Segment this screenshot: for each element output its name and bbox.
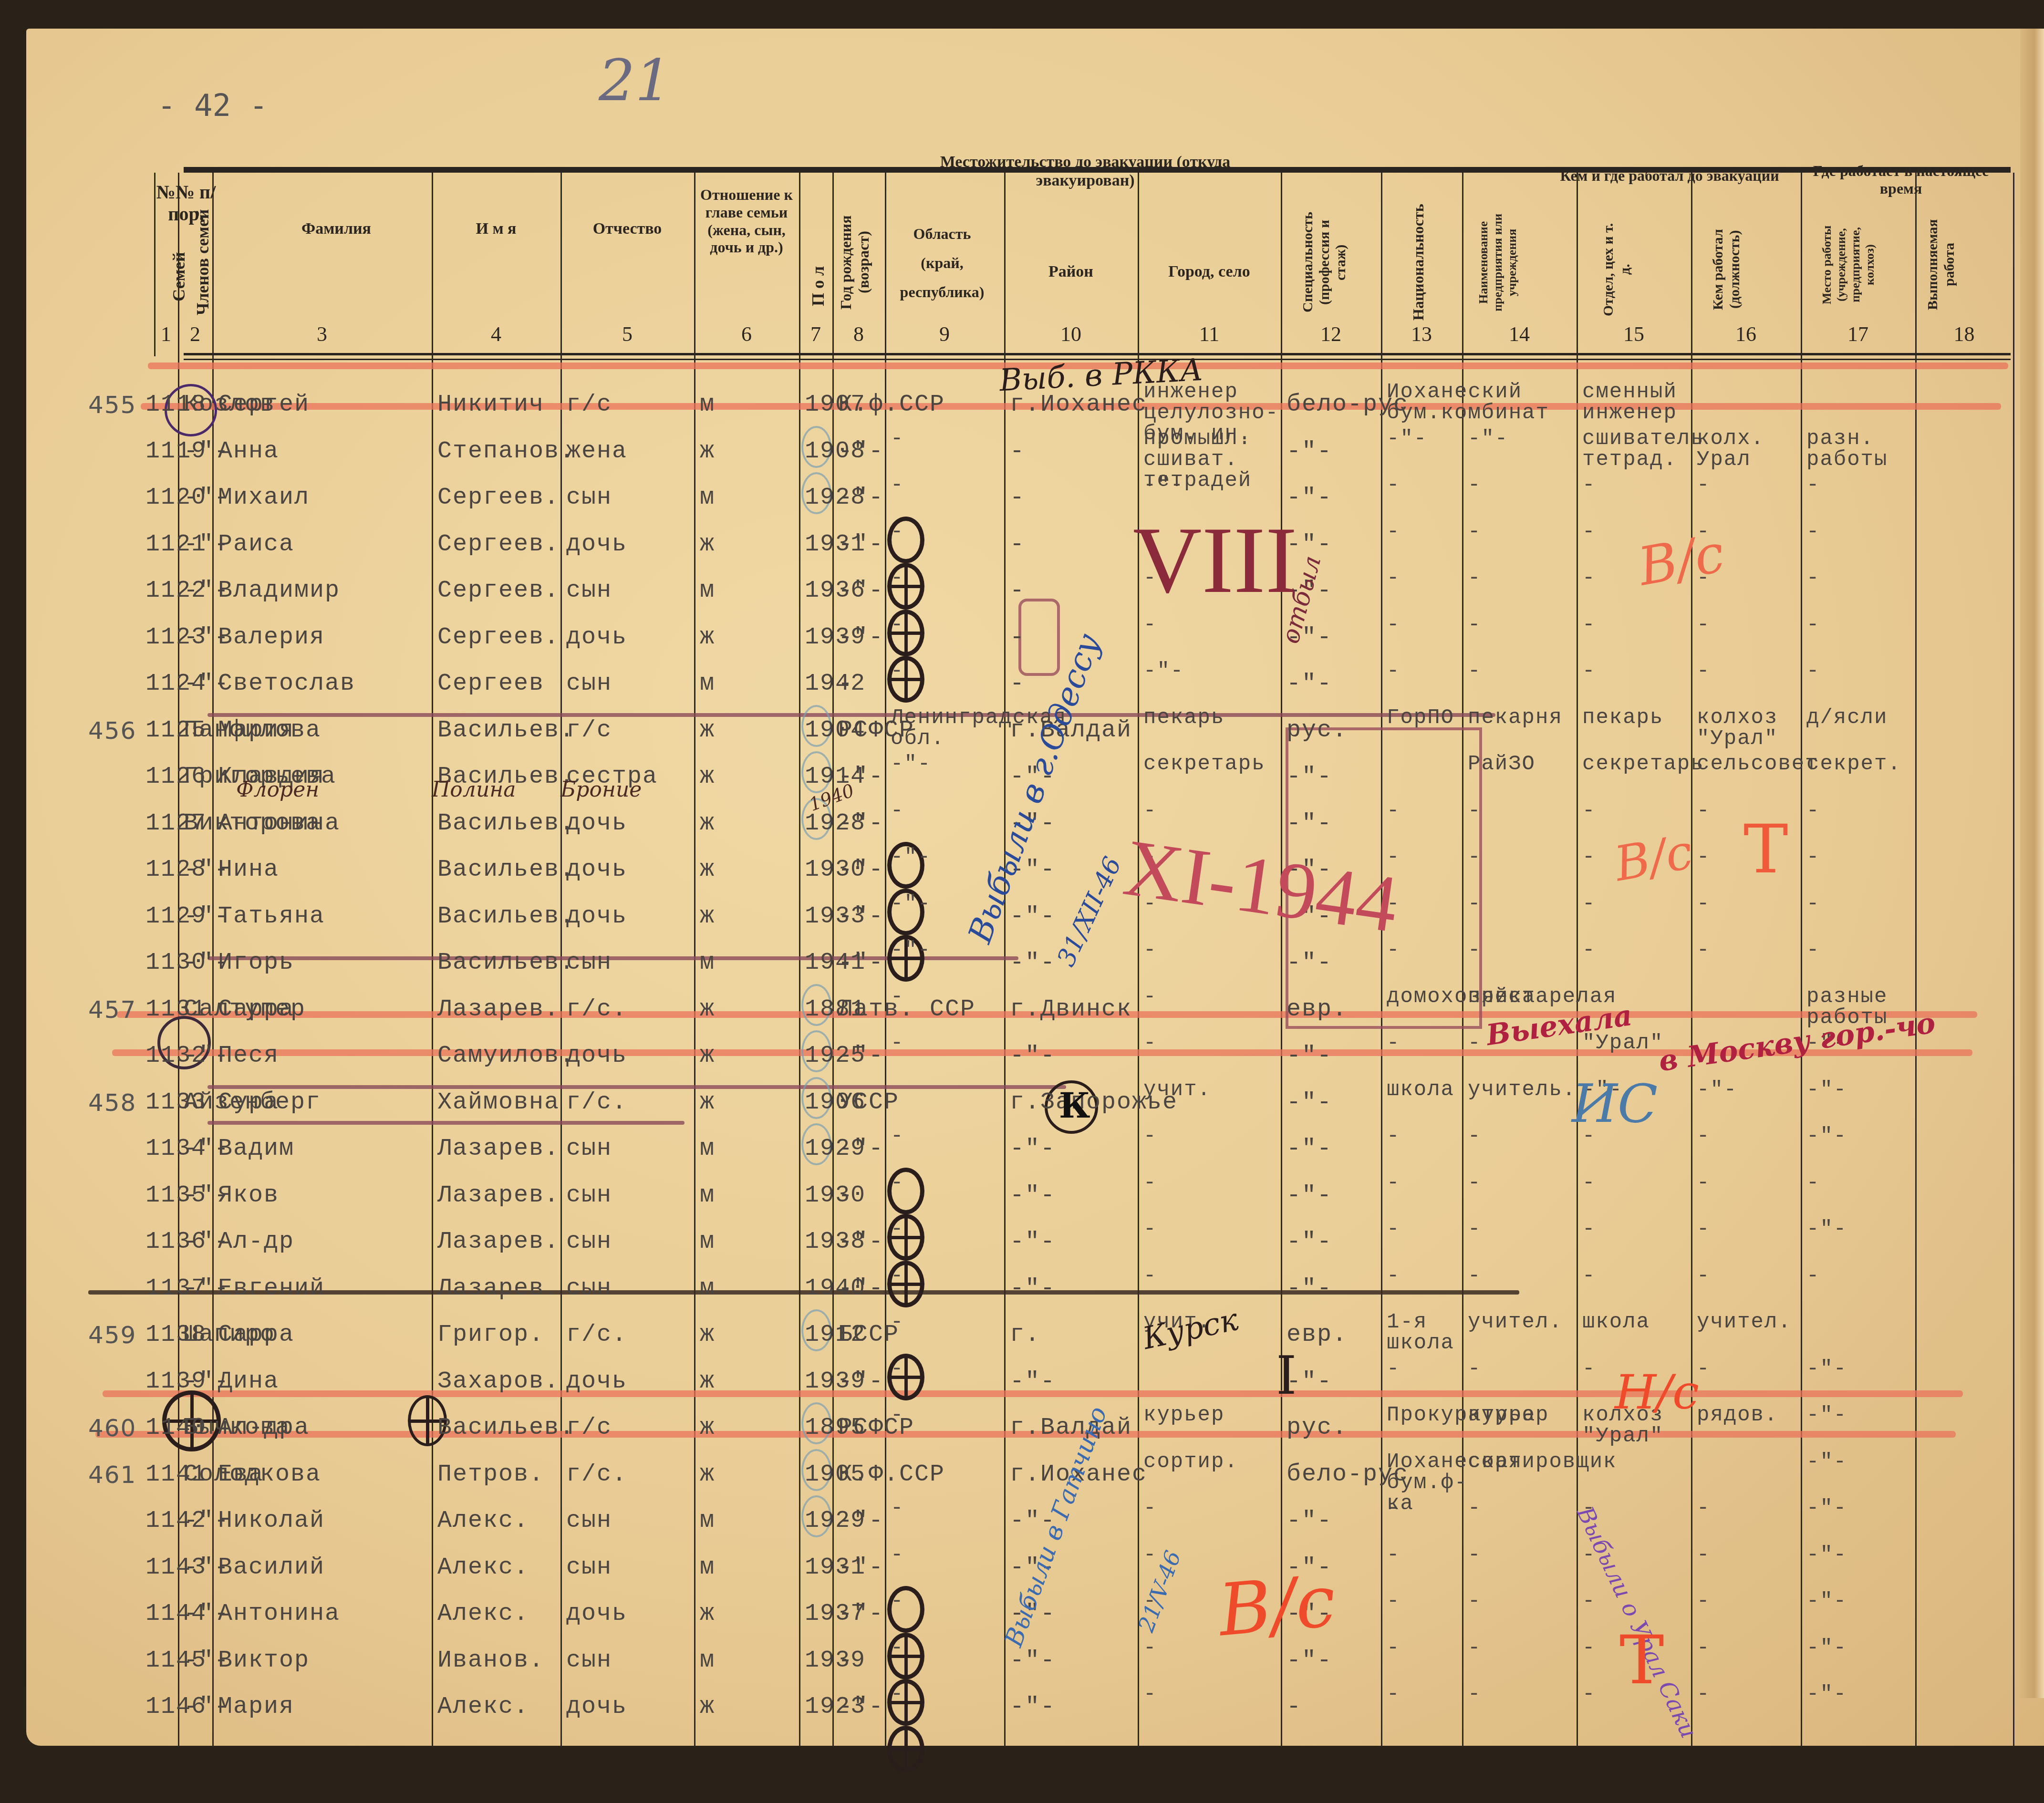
cell-department: РайЗО <box>1468 754 1585 775</box>
column-number: 5 <box>560 322 694 346</box>
cell-city: - <box>1010 484 1025 511</box>
cell-nationality: -"- <box>1287 670 1332 697</box>
cell-name: Ева <box>218 1461 264 1488</box>
cell-name: Михаил <box>218 484 310 511</box>
cell-family: 455 <box>88 391 136 419</box>
cell-patronymic: Сергеев. <box>437 577 560 604</box>
cell-patronymic: Васильев. <box>437 903 575 930</box>
cell-work: разн. работы <box>1806 428 1924 470</box>
cell-sex: ж <box>700 1368 715 1395</box>
cell-department: - <box>1468 893 1585 914</box>
cell-family: 460 <box>88 1414 136 1442</box>
cell-patronymic: Сергеев. <box>437 531 560 558</box>
header-birth-year: Год рождения (возраст) <box>837 200 871 324</box>
cell-nationality: евр. <box>1287 1321 1348 1348</box>
table-row: 4601140БычковаАл-драВасильев.г/сж1895РСФ… <box>26 1414 2044 1457</box>
cell-position: - <box>1582 1172 1700 1193</box>
cell-relation: дочь <box>566 1600 627 1627</box>
cell-patronymic: Васильев. <box>437 810 575 837</box>
cell-relation: дочь <box>566 531 627 558</box>
cell-work: -"- <box>1806 1637 1924 1658</box>
annotation-name-1126: Полина <box>432 777 516 802</box>
cell-department: - <box>1468 1498 1585 1519</box>
table-row: 1123-"-ВалерияСергеев.дочьж1939-"-----"-… <box>26 624 2044 667</box>
cell-enterprise: - <box>1387 1126 1471 1147</box>
cell-enterprise: - <box>1387 1591 1471 1612</box>
cell-patronymic: Самуилов. <box>437 1042 575 1069</box>
cell-work: - <box>1806 475 1924 496</box>
cell-enterprise: - <box>1387 800 1471 821</box>
cell-department: - <box>1468 1358 1585 1379</box>
cell-relation: дочь <box>566 903 627 930</box>
table-row: 1128-"-НинаВасильев.дочьж1930-"--"--"---… <box>26 856 2044 899</box>
cell-relation: сын <box>566 1228 612 1255</box>
cell-specialty: - <box>1143 614 1289 635</box>
cell-city: - <box>1010 624 1025 651</box>
cell-city: -"- <box>1010 1647 1056 1674</box>
header-workplace: Место работы (учреждение, предприятие, к… <box>1820 210 1887 320</box>
cell-region: -"- <box>838 1554 884 1581</box>
cell-region: -"- <box>838 1042 884 1069</box>
cell-department: - <box>1468 1637 1585 1658</box>
cell-city: -"- <box>1010 1275 1056 1302</box>
column-rule <box>154 173 156 356</box>
cell-patronymic: Петров. <box>437 1461 544 1488</box>
cell-family: 456 <box>88 717 136 745</box>
cell-work: -"- <box>1806 1405 1924 1426</box>
column-number: 9 <box>885 322 1004 346</box>
cell-workplace: - <box>1697 1591 1809 1612</box>
cell-department: - <box>1468 1172 1585 1193</box>
cell-specialty: - <box>1143 1265 1289 1286</box>
annotation-patr-1126: Броние <box>560 777 642 802</box>
cell-patronymic: Лазарев. <box>437 1228 560 1255</box>
cell-district: - <box>891 1637 1013 1658</box>
cell-relation: г/с. <box>566 1461 627 1488</box>
cell-name: Анна <box>218 438 279 465</box>
cell-work: секрет. <box>1806 754 1924 775</box>
column-number: 7 <box>799 322 832 346</box>
cell-patronymic: Лазарев. <box>437 1275 560 1302</box>
cell-sex: ж <box>700 1414 715 1441</box>
cell-nationality: -"- <box>1287 1228 1332 1255</box>
cell-work: - <box>1806 661 1924 682</box>
cell-sex: ж <box>700 438 715 465</box>
cell-position: школа <box>1582 1312 1700 1333</box>
cell-sex: ж <box>700 717 715 744</box>
cell-workplace: - <box>1697 1637 1809 1658</box>
header-members: Членов семей <box>193 200 213 324</box>
cell-relation: сын <box>566 949 612 976</box>
cell-sex: м <box>700 1228 715 1255</box>
cell-relation: сын <box>566 670 612 697</box>
cell-work: - <box>1806 940 1924 961</box>
cell-name: Дина <box>218 1368 279 1395</box>
cell-city: г.Двинск <box>1010 996 1132 1023</box>
cell-district: - <box>891 428 1013 449</box>
cell-enterprise: - <box>1387 1033 1471 1054</box>
cell-district: - <box>891 1358 1013 1379</box>
cell-family: 461 <box>88 1461 136 1489</box>
cell-patronymic: Васильев. <box>437 1414 575 1441</box>
cell-district: - <box>891 614 1013 635</box>
cell-department: - <box>1468 940 1585 961</box>
table-row: 1136-"-Ал-дрЛазарев.сынм1938-"---"---"--… <box>26 1228 2044 1271</box>
annotation-is: ИС <box>1572 1073 1658 1134</box>
cell-name: Сергей <box>218 391 310 418</box>
cell-city: -"- <box>1010 1228 1056 1255</box>
cell-relation: дочь <box>566 1693 627 1720</box>
table-row: 4611141СолодковаЕваПетров.г/с.ж1905К.Ф.С… <box>26 1461 2044 1504</box>
cell-sex: ж <box>700 624 715 651</box>
cell-district: -"- <box>891 754 1013 775</box>
cell-sex: м <box>700 484 715 511</box>
cell-district: Ленинградская обл. <box>891 707 1013 749</box>
header-patronymic: Отчество <box>560 219 694 238</box>
cell-region: К.ф.ССР <box>838 391 913 418</box>
header-surname: Фамилия <box>241 219 432 238</box>
cell-enterprise: - <box>1387 661 1471 682</box>
cell-district: - <box>891 1498 1013 1519</box>
cell-name: Николай <box>218 1507 325 1534</box>
cell-department: престарелая <box>1468 986 1585 1007</box>
cell-specialty: - <box>1143 940 1289 961</box>
column-number: 17 <box>1801 322 1915 346</box>
cell-enterprise: - <box>1387 940 1471 961</box>
cell-work: -"- <box>1806 1544 1924 1565</box>
cell-city: г. <box>1010 1321 1040 1348</box>
cell-relation: г/с <box>566 717 612 744</box>
cell-position: - <box>1582 1219 1700 1240</box>
cell-city: -"- <box>1010 903 1056 930</box>
cell-sex: ж <box>700 1461 715 1488</box>
cell-district: - <box>891 800 1013 821</box>
cell-work: -"- <box>1806 1079 1924 1100</box>
cell-enterprise: - <box>1387 521 1471 542</box>
cell-city: -"- <box>1010 1042 1056 1069</box>
cell-enterprise: - <box>1387 1684 1471 1705</box>
cell-region: -"- <box>838 810 884 837</box>
cell-sex: ж <box>700 903 715 930</box>
cell-district: - <box>891 1265 1013 1286</box>
cell-sex: м <box>700 1275 715 1302</box>
cell-department: - <box>1468 1219 1585 1240</box>
cell-district: - <box>891 521 1013 542</box>
cell-name: Сарра <box>218 1321 294 1348</box>
cell-name: Песя <box>218 1042 279 1069</box>
cell-department: - <box>1468 661 1585 682</box>
column-number: 8 <box>832 322 885 346</box>
cell-sex: ж <box>700 1693 715 1720</box>
cell-name: Василий <box>218 1554 325 1581</box>
table-row: 1122-"-ВладимирСергеев.сынм1936-"-----"-… <box>26 577 2044 620</box>
cell-name: Виктор <box>218 1647 310 1674</box>
cell-relation: сын <box>566 484 612 511</box>
cell-sex: ж <box>700 1321 715 1348</box>
cell-region: -"- <box>838 1135 884 1162</box>
cell-name: Валерия <box>218 624 325 651</box>
cell-department: пекарня <box>1468 707 1585 728</box>
table-row: 1145-"-ВикторИванов.сынм1939---"---"----… <box>26 1647 2044 1690</box>
cell-nationality: -"- <box>1287 1275 1332 1302</box>
header-sex: П о л <box>809 258 828 315</box>
table-row: 1146-"-МарияАлекс.дочьж1923-"---"-------… <box>26 1693 2044 1736</box>
cell-work: - <box>1806 800 1924 821</box>
cell-patronymic: Васильев. <box>437 856 575 883</box>
cell-position: сшиватель тетрад. <box>1582 428 1700 470</box>
cell-specialty: - <box>1143 1684 1289 1705</box>
cell-relation: жена <box>566 438 627 465</box>
cell-name: Вадим <box>218 1135 294 1162</box>
cell-enterprise: - <box>1387 1498 1471 1519</box>
column-number: 14 <box>1462 322 1577 346</box>
cell-region: -"- <box>838 1275 884 1302</box>
column-number: 11 <box>1138 322 1281 346</box>
archive-mark: 21 <box>599 48 672 114</box>
header-work-done: Выполняемая работа <box>1925 210 1982 320</box>
cell-enterprise: школа <box>1387 1079 1471 1100</box>
cell-patronymic: Иванов. <box>437 1647 544 1674</box>
table-row: 1129-"-ТатьянаВасильев.дочьж1933-"--"--"… <box>26 903 2044 946</box>
cell-name: Антонина <box>218 1600 340 1627</box>
header-nationality: Национальность <box>1410 200 1427 324</box>
cell-department: - <box>1468 1684 1585 1705</box>
cell-region: - <box>838 1182 853 1209</box>
cell-department: - <box>1468 847 1585 868</box>
cell-enterprise: - <box>1387 893 1471 914</box>
cell-enterprise: - <box>1387 614 1471 635</box>
cell-name: Татьяна <box>218 903 325 930</box>
cell-sex: м <box>700 391 715 418</box>
cell-sex: ж <box>700 1600 715 1627</box>
header-relation: Отношение к главе семьи (жена, сын, дочь… <box>699 186 794 256</box>
cell-workplace: -"- <box>1697 1079 1809 1100</box>
cell-sex: ж <box>700 996 715 1023</box>
cell-specialty: курьер <box>1143 1405 1289 1426</box>
cell-sex: ж <box>700 1089 715 1116</box>
cell-relation: сын <box>566 1554 612 1581</box>
cell-department: - <box>1468 614 1585 635</box>
cell-work: -"- <box>1806 1451 1924 1472</box>
cell-workplace: - <box>1697 940 1809 961</box>
cell-sex: м <box>700 1647 715 1674</box>
cell-department: - <box>1468 1544 1585 1565</box>
cell-enterprise: - <box>1387 1172 1471 1193</box>
cell-department: учитель. <box>1468 1079 1585 1100</box>
cell-name: Сура <box>218 1089 279 1116</box>
cell-workplace: колх. Урал <box>1697 428 1809 470</box>
cell-work: - <box>1806 614 1924 635</box>
cell-region: -"- <box>838 1228 884 1255</box>
cell-region: УССР <box>838 1089 899 1116</box>
cell-position: - <box>1582 475 1700 496</box>
column-number: 3 <box>212 322 432 346</box>
cell-patronymic: Хаймовна <box>437 1089 560 1116</box>
cell-name: Мария <box>218 717 294 744</box>
cell-patronymic: Алекс. <box>437 1554 529 1581</box>
cell-district: - <box>891 1312 1013 1333</box>
cell-position: секретарь <box>1582 754 1700 775</box>
cell-name: Сарра <box>218 996 294 1023</box>
cell-enterprise: Иоханеский бум.комбинат <box>1387 382 1471 424</box>
cell-city: - <box>1010 670 1025 697</box>
annotation-surname-1126: Флорен <box>236 777 319 802</box>
header-bottom-rule <box>184 353 2011 355</box>
column-number: 16 <box>1691 322 1801 346</box>
cell-patronymic: Лазарев. <box>437 1135 560 1162</box>
cell-enterprise: - <box>1387 1637 1471 1658</box>
cell-sex: м <box>700 1135 715 1162</box>
cell-patronymic: Сергеев <box>437 670 544 697</box>
column-number: 12 <box>1281 322 1381 346</box>
cell-position: - <box>1582 614 1700 635</box>
column-number: 18 <box>1915 322 2013 346</box>
cell-workplace: - <box>1697 1544 1809 1565</box>
cell-work: -"- <box>1806 1358 1924 1379</box>
cell-city: - <box>1010 531 1025 558</box>
annotation-ns: Н/с <box>1615 1364 1699 1420</box>
cell-sex: ж <box>700 856 715 883</box>
column-number: 10 <box>1004 322 1138 346</box>
cell-work: - <box>1806 1172 1924 1193</box>
cell-specialty: - <box>1143 1498 1289 1519</box>
cell-nationality: -"- <box>1287 763 1332 790</box>
cell-relation: дочь <box>566 810 627 837</box>
table-row: 4571131СалтуперСарраЛазарев.г/с.ж1881Лат… <box>26 996 2044 1039</box>
cell-enterprise: домохозяйка <box>1387 986 1471 1007</box>
cell-relation: сын <box>566 1135 612 1162</box>
cell-city: - <box>1010 577 1025 604</box>
cell-enterprise: -"- <box>1387 428 1471 449</box>
cell-patronymic: Алекс. <box>437 1693 529 1720</box>
cell-enterprise: - <box>1387 475 1471 496</box>
cell-region: -"- <box>838 531 884 558</box>
cell-patronymic: Григор. <box>437 1321 544 1348</box>
cell-name: Игорь <box>218 949 294 976</box>
cell-patronymic: Алекс. <box>437 1507 529 1534</box>
cell-enterprise: - <box>1387 1219 1471 1240</box>
cell-name: Яков <box>218 1182 279 1209</box>
cell-sex: ж <box>700 810 715 837</box>
cell-department: - <box>1468 521 1585 542</box>
cell-patronymic: Степанов. <box>437 438 575 465</box>
cell-workplace: - <box>1697 475 1809 496</box>
cell-relation: г/с <box>566 1414 612 1441</box>
cell-sex: м <box>700 577 715 604</box>
table-row: 1134-"-ВадимЛазарев.сынм1929-"---"---"--… <box>26 1135 2044 1178</box>
header-specialty: Специальность (профессия и стаж) <box>1300 200 1352 324</box>
cell-district: - <box>891 986 1013 1007</box>
cell-patronymic: Васильев. <box>437 717 575 744</box>
cell-work: -"- <box>1806 1219 1924 1240</box>
cell-region: -"- <box>838 1600 884 1627</box>
annotation-t-2: Т <box>1619 1622 1664 1699</box>
cell-specialty: сортир. <box>1143 1451 1289 1472</box>
cell-department: - <box>1468 475 1585 496</box>
cell-position: - <box>1582 940 1700 961</box>
cell-position: сменный инженер <box>1582 382 1700 424</box>
cell-enterprise: ГорПО <box>1387 707 1471 728</box>
cell-region: - <box>838 1647 853 1674</box>
header-enterprise: Наименование предприятия или учреждения <box>1476 205 1538 320</box>
cell-relation: дочь <box>566 1368 627 1395</box>
cell-enterprise: - <box>1387 568 1471 589</box>
cell-enterprise: - <box>1387 1544 1471 1565</box>
cell-position: - <box>1582 1265 1700 1286</box>
column-number: 4 <box>432 322 560 346</box>
cell-relation: дочь <box>566 856 627 883</box>
cell-workplace: сельсовет <box>1697 754 1809 775</box>
cell-patronymic: Васильев. <box>437 949 575 976</box>
header-city: Город, село <box>1138 262 1281 281</box>
cell-position: - <box>1582 661 1700 682</box>
cell-patronymic: Захаров. <box>437 1368 560 1395</box>
cell-nationality: рус. <box>1287 717 1348 744</box>
cell-relation: сын <box>566 1275 612 1302</box>
cell-specialty: -"- <box>1143 661 1289 682</box>
cell-relation: г/с <box>566 391 612 418</box>
cell-nationality: евр. <box>1287 996 1348 1023</box>
cell-patronymic: Алекс. <box>437 1600 529 1627</box>
cell-name: Евгений <box>218 1275 325 1302</box>
cell-district: - <box>891 661 1013 682</box>
cell-work: - <box>1806 1265 1924 1286</box>
cell-relation: дочь <box>566 624 627 651</box>
cell-workplace: - <box>1697 1358 1809 1379</box>
cell-specialty: учит. <box>1143 1079 1289 1100</box>
cell-sex: ж <box>700 531 715 558</box>
cell-city: -"- <box>1010 1693 1056 1720</box>
cell-name: Раиса <box>218 531 294 558</box>
cell-specialty: - <box>1143 1126 1289 1147</box>
cell-family: 459 <box>88 1321 136 1349</box>
cell-workplace: - <box>1697 661 1809 682</box>
cell-workplace: - <box>1697 1684 1809 1705</box>
cell-name: Владимир <box>218 577 340 604</box>
cell-patronymic: Лазарев. <box>437 996 560 1023</box>
cell-region: -"- <box>838 1693 884 1720</box>
header-position: Кем работал (должность) <box>1710 219 1767 320</box>
header-district: Район <box>1004 262 1138 281</box>
document-page: - 42 - 21 №№ п/пор. Семей Членов семей Ф… <box>26 29 2044 1746</box>
cell-work: - <box>1806 847 1924 868</box>
cell-district: - <box>891 1219 1013 1240</box>
cell-specialty: - <box>1143 800 1289 821</box>
cell-specialty: секретарь <box>1143 754 1289 775</box>
cell-region: -"- <box>838 438 884 465</box>
cell-work: -"- <box>1806 1591 1924 1612</box>
cell-department: учител. <box>1468 1312 1585 1333</box>
page-number: - 42 - <box>157 88 268 124</box>
cell-workplace: колхоз "Урал" <box>1697 707 1809 749</box>
cell-workplace: - <box>1697 893 1809 914</box>
cell-nationality: -"- <box>1287 1507 1332 1534</box>
table-row: 1120-"-МихаилСергеев.сынм1928-"----"--"-… <box>26 484 2044 527</box>
cell-position: - <box>1582 893 1700 914</box>
cell-name: Нина <box>218 856 279 883</box>
cell-city: г.Валдай <box>1010 1414 1132 1441</box>
cell-district: - <box>891 1591 1013 1612</box>
header-name: И м я <box>432 219 560 238</box>
cell-family: 458 <box>88 1089 136 1117</box>
header-department: Отдел, цех и т. д. <box>1600 219 1653 320</box>
cell-work: - <box>1806 521 1924 542</box>
header-residence-group: Местожительство до эвакуации (откуда эва… <box>899 153 1271 190</box>
cell-city: -"- <box>1010 1135 1056 1162</box>
cell-region: -"- <box>838 856 884 883</box>
cell-enterprise: - <box>1387 1265 1471 1286</box>
cell-relation: сын <box>566 1182 612 1209</box>
